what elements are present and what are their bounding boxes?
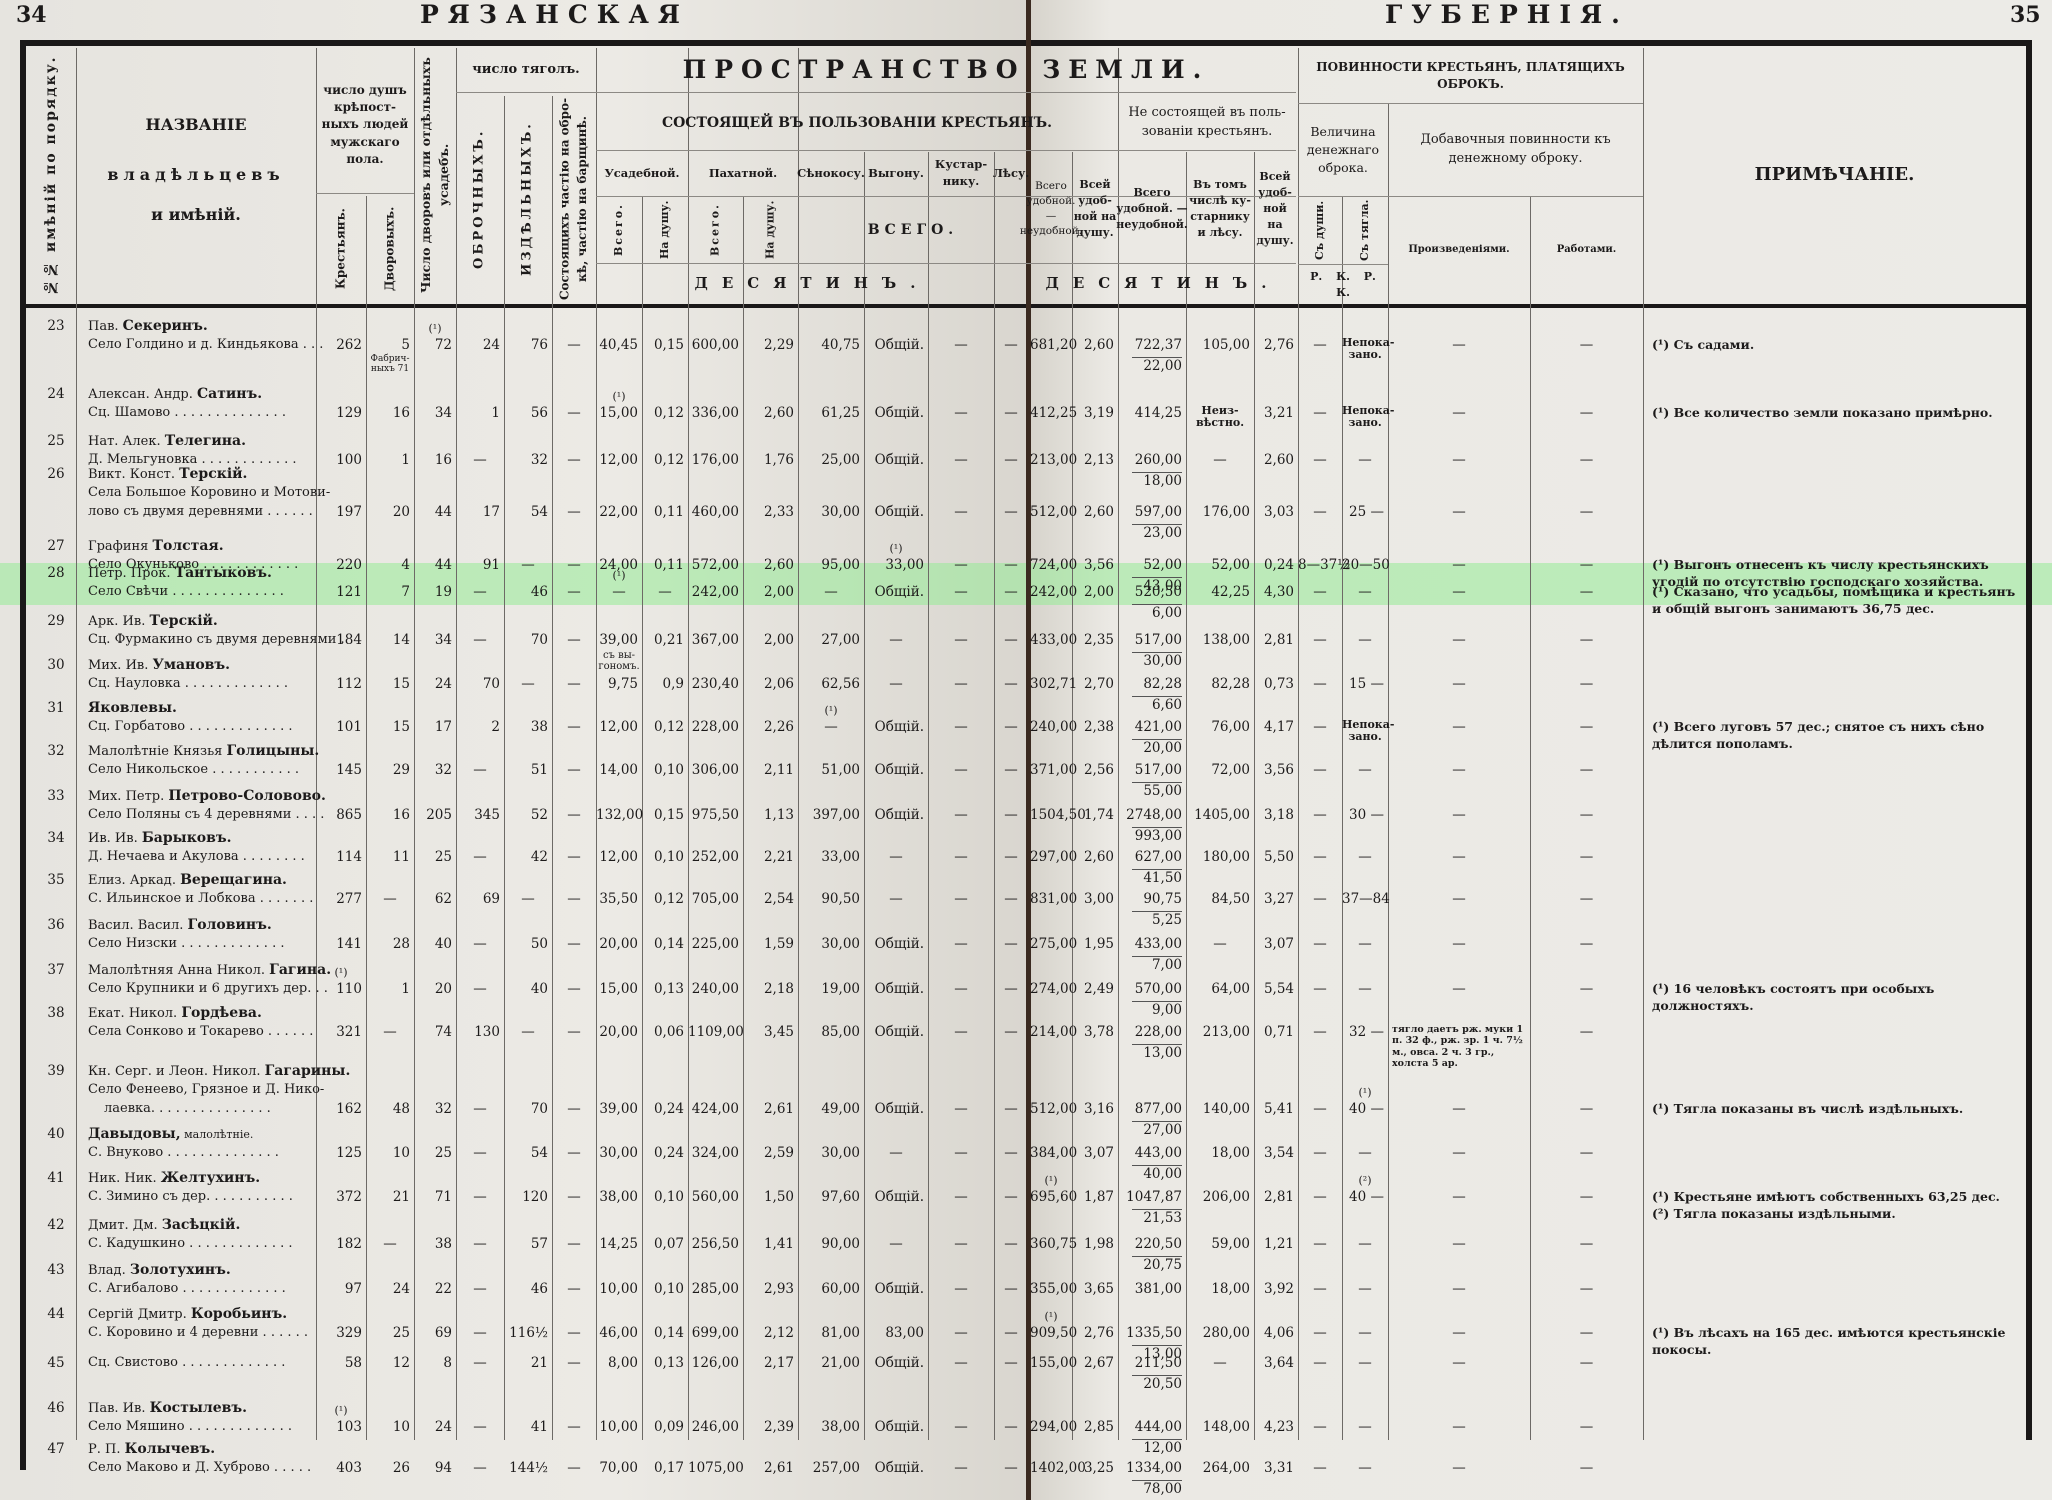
header-land-not-in-use: Не состоящей въ поль-зованіи крестьянъ. xyxy=(1118,96,1296,150)
rule xyxy=(1298,264,1388,265)
cell-work: — xyxy=(1530,1236,1643,1252)
header-per-tyaglo: Съ тягла. xyxy=(1342,198,1388,262)
footnote-marker: (¹) xyxy=(798,705,864,717)
cell-mix: — xyxy=(552,504,596,520)
cell-vyg: Общій. xyxy=(864,807,924,823)
cell-nu_d: 4,30 xyxy=(1254,584,1294,600)
cell-mix: — xyxy=(552,1236,596,1252)
cell-les: — xyxy=(994,452,1028,468)
cell-not-in-use-udob: 90,75 xyxy=(1118,891,1182,907)
cell-les: — xyxy=(994,807,1028,823)
cell-vyg: Общій. xyxy=(864,452,924,468)
cell-izd: 57 xyxy=(504,1236,548,1252)
cell-not-in-use-udob: 722,37 xyxy=(1118,337,1182,353)
owner-name: Нат. Алек. Телегина. xyxy=(88,433,246,449)
cell-prod: — xyxy=(1388,676,1530,692)
cell-tot_d: 3,00 xyxy=(1072,891,1114,907)
header-tyagla-izdel: ИЗДѢЛЬНЫХЪ. xyxy=(504,96,552,302)
cell-not-in-use-udob: 444,00 xyxy=(1118,1419,1182,1435)
cell-pa_v: 126,00 xyxy=(688,1355,739,1371)
header-produce: Произведеніями. xyxy=(1388,198,1530,302)
cell-kus: — xyxy=(928,1325,994,1341)
cell-prod: — xyxy=(1388,1145,1530,1161)
cell-pa_d: 2,11 xyxy=(743,762,794,778)
cell-yards: 71 xyxy=(414,1189,452,1205)
cell-tot: 275,00 xyxy=(1030,936,1068,952)
owner-name: Яковлевы. xyxy=(88,700,177,716)
estate-name: Село Низски . . . . . . . . . . . . . xyxy=(88,936,284,951)
cell-peas: 121 xyxy=(316,584,362,600)
cell-peas: 321 xyxy=(316,1024,362,1040)
owner-name: Ив. Ив. Барыковъ. xyxy=(88,830,232,846)
cell-nu_k: 82,28 xyxy=(1186,676,1250,692)
cell-ot: — xyxy=(1342,1419,1388,1435)
cell-kus: — xyxy=(928,1024,994,1040)
cell-mix: — xyxy=(552,981,596,997)
cell-obr: — xyxy=(456,762,504,778)
owner-name: Давыдовы, малолѣтніе. xyxy=(88,1126,253,1142)
cell-nu_d: 3,21 xyxy=(1254,405,1294,421)
cell-work: — xyxy=(1530,676,1643,692)
cell-sen: 85,00 xyxy=(798,1024,860,1040)
cell-yards: 69 xyxy=(414,1325,452,1341)
estate-name: Села Большое Коровино и Мотови- xyxy=(88,485,330,500)
estate-name: Сц. Фурмакино съ двумя деревнями . xyxy=(88,632,345,647)
estate-name: Село Мяшино . . . . . . . . . . . . . xyxy=(88,1419,292,1434)
cell-dvor: 28 xyxy=(366,936,410,952)
cell-us_v: 40,45 xyxy=(596,337,638,353)
cell-tot: 512,00 xyxy=(1030,504,1068,520)
cell-us_v: 12,00 xyxy=(596,719,638,735)
owner-name: Васил. Васил. Головинъ. xyxy=(88,917,272,933)
cell-kus: — xyxy=(928,405,994,421)
cell-peas: 197 xyxy=(316,504,362,520)
cell-not-in-use-neudob: 30,00 xyxy=(1132,652,1182,669)
cell-od: — xyxy=(1298,849,1342,865)
cell-tot: 360,75 xyxy=(1030,1236,1068,1252)
cell-pa_v: 600,00 xyxy=(688,337,739,353)
cell-ot: 30 — xyxy=(1342,807,1384,823)
header-total-per-soul: Всей удоб-ной на душу. xyxy=(1072,155,1118,263)
cell-not-in-use-udob: 1335,50 xyxy=(1118,1325,1182,1341)
cell-dvor: 7 xyxy=(366,584,410,600)
cell-od: — xyxy=(1298,584,1342,600)
cell-peas: 277 xyxy=(316,891,362,907)
header-remarks: ПРИМѢЧАНІЕ. xyxy=(1643,48,2026,302)
header-pahat-total: Всего. xyxy=(688,198,743,262)
cell-vyg: Общій. xyxy=(864,337,924,353)
cell-ot: Непока-зано. xyxy=(1342,405,1388,429)
cell-ot: — xyxy=(1342,762,1388,778)
cell-us_d: 0,15 xyxy=(642,337,684,353)
cell-nu_k: 180,00 xyxy=(1186,849,1250,865)
estate-name: Д. Нечаева и Акулова . . . . . . . . xyxy=(88,849,305,864)
cell-kus: — xyxy=(928,1101,994,1117)
cell-les: — xyxy=(994,1419,1028,1435)
cell-obr: — xyxy=(456,584,504,600)
cell-sen: 40,75 xyxy=(798,337,860,353)
running-header-right: ГУБЕРНІЯ. xyxy=(1385,0,1629,29)
header-vygon: Выгону. xyxy=(864,152,928,194)
cell-izd: 42 xyxy=(504,849,548,865)
cell-work: — xyxy=(1530,1145,1643,1161)
cell-sen: 49,00 xyxy=(798,1101,860,1117)
cell-peas: 103 xyxy=(316,1419,362,1435)
cell-tot_d: 2,13 xyxy=(1072,452,1114,468)
cell-kus: — xyxy=(928,676,994,692)
cell-vyg: Общій. xyxy=(864,1460,924,1476)
footnote-marker: (¹) xyxy=(316,967,366,979)
cell-izd: 32 xyxy=(504,452,548,468)
cell-prod: — xyxy=(1388,1236,1530,1252)
cell-work: — xyxy=(1530,891,1643,907)
cell-nu_d: 3,18 xyxy=(1254,807,1294,823)
cell-pa_v: 225,00 xyxy=(688,936,739,952)
cell-yards: 34 xyxy=(414,632,452,648)
cell-dvor: 1 xyxy=(366,452,410,468)
cell-work: — xyxy=(1530,452,1643,468)
cell-ot: — xyxy=(1342,1460,1388,1476)
cell-peas: 145 xyxy=(316,762,362,778)
cell-tot: 909,50 xyxy=(1030,1325,1068,1341)
cell-tot: 695,60 xyxy=(1030,1189,1068,1205)
cell-obr: — xyxy=(456,1281,504,1297)
cell-vyg: 33,00 xyxy=(864,557,924,573)
cell-us_v: 35,50 xyxy=(596,891,638,907)
cell-ot: Непока-зано. xyxy=(1342,337,1388,361)
cell-tot: 155,00 xyxy=(1030,1355,1068,1371)
cell-pa_v: 230,40 xyxy=(688,676,739,692)
cell-od: — xyxy=(1298,1189,1342,1205)
cell-work: — xyxy=(1530,1024,1643,1040)
rule xyxy=(1298,103,1643,104)
cell-not-in-use-neudob: 7,00 xyxy=(1132,956,1182,973)
cell-dvor: 25 xyxy=(366,1325,410,1341)
cell-kus: — xyxy=(928,849,994,865)
cell-vyg: — xyxy=(864,1236,928,1252)
cell-od: — xyxy=(1298,632,1342,648)
cell-prod: — xyxy=(1388,1101,1530,1117)
footnote-marker: (¹) xyxy=(864,543,928,555)
cell-vyg: — xyxy=(864,632,928,648)
header-name-1: НАЗВАНІЕ xyxy=(76,110,316,140)
cell-pa_v: 560,00 xyxy=(688,1189,739,1205)
cell-ot: 37—84 xyxy=(1342,891,1384,907)
cell-od: — xyxy=(1298,676,1342,692)
cell-obr: 69 xyxy=(456,891,500,907)
cell-us_v: 10,00 xyxy=(596,1419,638,1435)
cell-nu_d: 0,73 xyxy=(1254,676,1294,692)
row-number: 25 xyxy=(36,433,76,449)
footnote-marker: (¹) xyxy=(316,1405,366,1417)
cell-us_d: 0,24 xyxy=(642,1145,684,1161)
estate-name: С. Агибалово . . . . . . . . . . . . . xyxy=(88,1281,286,1296)
estate-name: С. Кадушкино . . . . . . . . . . . . . xyxy=(88,1236,292,1251)
header-vsego: ВСЕГО. xyxy=(798,198,1028,262)
cell-izd: 41 xyxy=(504,1419,548,1435)
cell-tot_d: 2,35 xyxy=(1072,632,1114,648)
column-rule xyxy=(76,48,77,1440)
cell-nu_d: 3,92 xyxy=(1254,1281,1294,1297)
cell-us_v: 30,00 xyxy=(596,1145,638,1161)
estate-name: Села Сонково и Токарево . . . . . . xyxy=(88,1024,313,1039)
cell-pa_v: 336,00 xyxy=(688,405,739,421)
cell-tot: 294,00 xyxy=(1030,1419,1068,1435)
owner-name: Викт. Конст. Терскій. xyxy=(88,466,247,482)
header-pahat-per-soul: На душу. xyxy=(743,198,798,262)
header-land-in-use: СОСТОЯЩЕЙ ВЪ ПОЛЬЗОВАНІИ КРЕСТЬЯНЪ. xyxy=(596,96,1118,150)
header-households: Число дворовъ или отдѣльныхъ усадебъ. xyxy=(414,48,456,302)
cell-izd: 56 xyxy=(504,405,548,421)
cell-peas: 110 xyxy=(316,981,362,997)
cell-vyg: Общій. xyxy=(864,1281,924,1297)
row-number: 36 xyxy=(36,917,76,933)
cell-work: — xyxy=(1530,632,1643,648)
cell-prod: — xyxy=(1388,1355,1530,1371)
cell-mix: — xyxy=(552,936,596,952)
cell-les: — xyxy=(994,676,1028,692)
cell-ot: — xyxy=(1342,632,1388,648)
cell-nu_k: 18,00 xyxy=(1186,1145,1250,1161)
cell-les: — xyxy=(994,1325,1028,1341)
cell-tot: 384,00 xyxy=(1030,1145,1068,1161)
row-number: 29 xyxy=(36,613,76,629)
cell-yards: 25 xyxy=(414,1145,452,1161)
cell-tot: 274,00 xyxy=(1030,981,1068,997)
cell-vyg: Общій. xyxy=(864,1419,924,1435)
cell-od: — xyxy=(1298,762,1342,778)
cell-usadeb-note: съ вы-гономъ. xyxy=(596,650,642,672)
cell-not-in-use-udob: 877,00 xyxy=(1118,1101,1182,1117)
cell-not-in-use-neudob: 13,00 xyxy=(1132,1044,1182,1061)
header-labor: Работами. xyxy=(1530,198,1643,302)
table-frame-left xyxy=(20,40,26,1470)
cell-ot: 25 — xyxy=(1342,504,1384,520)
cell-us_d: 0,21 xyxy=(642,632,684,648)
cell-prod: — xyxy=(1388,1419,1530,1435)
cell-us_d: 0,10 xyxy=(642,849,684,865)
cell-not-in-use-neudob: 20,00 xyxy=(1132,739,1182,756)
owner-name: Дмит. Дм. Засѣцкій. xyxy=(88,1217,240,1233)
cell-tot_d: 2,76 xyxy=(1072,1325,1114,1341)
estate-name: лаевка. . . . . . . . . . . . . . . xyxy=(104,1101,271,1116)
cell-izd: 52 xyxy=(504,807,548,823)
cell-izd: 46 xyxy=(504,1281,548,1297)
owner-name: Мих. Ив. Умановъ. xyxy=(88,657,230,673)
cell-us_v: 8,00 xyxy=(596,1355,638,1371)
cell-nu_d: 0,71 xyxy=(1254,1024,1294,1040)
row-number: 26 xyxy=(36,466,76,482)
cell-mix: — xyxy=(552,1145,596,1161)
cell-not-in-use-neudob: 27,00 xyxy=(1132,1121,1182,1138)
cell-tot_d: 3,07 xyxy=(1072,1145,1114,1161)
footnote-marker: (¹) xyxy=(1030,1311,1072,1323)
cell-od: — xyxy=(1298,1101,1342,1117)
footnote-marker: (¹) xyxy=(596,391,642,403)
cell-izd: — xyxy=(504,557,552,573)
cell-izd: 46 xyxy=(504,584,548,600)
cell-not-in-use-udob: 414,25 xyxy=(1118,405,1182,421)
rule xyxy=(596,263,1296,264)
cell-od: — xyxy=(1298,719,1342,735)
cell-not-in-use-neudob: 40,00 xyxy=(1132,1165,1182,1182)
cell-pa_d: 1,50 xyxy=(743,1189,794,1205)
header-usadeb-total: Всего. xyxy=(596,198,642,262)
cell-izd: 40 xyxy=(504,981,548,997)
cell-sen: 30,00 xyxy=(798,1145,860,1161)
header-desyatin-left: ДЕСЯТИНЪ. xyxy=(596,266,1028,302)
header-name-3: и имѣній. xyxy=(76,200,316,230)
cell-pa_d: 2,61 xyxy=(743,1460,794,1476)
cell-prod: — xyxy=(1388,981,1530,997)
estate-name: Село Фенеево, Грязное и Д. Нико- xyxy=(88,1082,324,1097)
owner-name: Сергій Дмитр. Коробьинъ. xyxy=(88,1306,287,1322)
cell-vyg: Общій. xyxy=(864,1101,924,1117)
cell-not-in-use-udob: 211,50 xyxy=(1118,1355,1182,1371)
cell-nu_k: — xyxy=(1186,1355,1254,1371)
cell-us_v: 14,25 xyxy=(596,1236,638,1252)
footnote-marker: (²) xyxy=(1342,1175,1388,1187)
cell-les: — xyxy=(994,337,1028,353)
cell-ot: — xyxy=(1342,1325,1388,1341)
cell-us_v: — xyxy=(596,584,642,600)
cell-pa_d: 2,26 xyxy=(743,719,794,735)
estate-name: Село Голдино и д. Киндьякова . . . xyxy=(88,337,323,352)
cell-kus: — xyxy=(928,981,994,997)
cell-dvor: 10 xyxy=(366,1145,410,1161)
cell-dvor: 21 xyxy=(366,1189,410,1205)
cell-mix: — xyxy=(552,1024,596,1040)
cell-obr: 130 xyxy=(456,1024,500,1040)
cell-od: — xyxy=(1298,807,1342,823)
cell-prod: тягло даетъ рж. муки 1 п. 32 ф., рж. зр.… xyxy=(1392,1024,1526,1070)
cell-od: — xyxy=(1298,1460,1342,1476)
cell-nu_d: 2,81 xyxy=(1254,1189,1294,1205)
cell-us_v: 39,00 xyxy=(596,632,638,648)
estate-name: Сц. Науловка . . . . . . . . . . . . . xyxy=(88,676,288,691)
cell-tot_d: 2,60 xyxy=(1072,337,1114,353)
cell-dvor: 24 xyxy=(366,1281,410,1297)
cell-nu_k: 280,00 xyxy=(1186,1325,1250,1341)
cell-nu_d: 0,24 xyxy=(1254,557,1294,573)
cell-nu_d: 3,54 xyxy=(1254,1145,1294,1161)
cell-pa_d: 3,45 xyxy=(743,1024,794,1040)
cell-pa_d: 2,33 xyxy=(743,504,794,520)
cell-us_d: 0,06 xyxy=(642,1024,684,1040)
cell-tot: 355,00 xyxy=(1030,1281,1068,1297)
row-number: 40 xyxy=(36,1126,76,1142)
cell-yards: 32 xyxy=(414,762,452,778)
cell-nu_k: 72,00 xyxy=(1186,762,1250,778)
cell-les: — xyxy=(994,849,1028,865)
cell-not-in-use-udob: 260,00 xyxy=(1118,452,1182,468)
cell-dvor: 15 xyxy=(366,719,410,735)
estate-name: лово съ двумя деревнями . . . . . . xyxy=(88,504,313,519)
cell-obr: — xyxy=(456,936,504,952)
cell-yards: 40 xyxy=(414,936,452,952)
cell-work: — xyxy=(1530,405,1643,421)
cell-dvor: 20 xyxy=(366,504,410,520)
cell-pa_v: 705,00 xyxy=(688,891,739,907)
cell-nu_k: — xyxy=(1186,452,1254,468)
header-souls: число душъ крѣпост-ныхъ людей мужскаго п… xyxy=(316,60,414,190)
estate-name: Село Крупники и 6 другихъ дер. . . xyxy=(88,981,328,996)
cell-pa_d: 2,00 xyxy=(743,584,794,600)
cell-pa_v: 176,00 xyxy=(688,452,739,468)
cell-yards: 20 xyxy=(414,981,452,997)
cell-us_v: 39,00 xyxy=(596,1101,638,1117)
cell-tot: 213,00 xyxy=(1030,452,1068,468)
cell-kus: — xyxy=(928,762,994,778)
cell-not-in-use-neudob: 78,00 xyxy=(1132,1480,1182,1497)
cell-nu_k: 206,00 xyxy=(1186,1189,1250,1205)
estate-name: С. Ильинское и Лобкова . . . . . . . xyxy=(88,891,313,906)
cell-tot_d: 2,67 xyxy=(1072,1355,1114,1371)
cell-nu_d: 2,81 xyxy=(1254,632,1294,648)
cell-yards: 24 xyxy=(414,676,452,692)
cell-peas: 162 xyxy=(316,1101,362,1117)
cell-prod: — xyxy=(1388,936,1530,952)
cell-les: — xyxy=(994,1024,1028,1040)
cell-nu_k: — xyxy=(1186,936,1254,952)
cell-peas: 112 xyxy=(316,676,362,692)
header-souls-household: Дворовыхъ. xyxy=(366,196,414,302)
owner-name: Алексан. Андр. Сатинъ. xyxy=(88,386,262,402)
row-number: 43 xyxy=(36,1262,76,1278)
cell-dvor: 14 xyxy=(366,632,410,648)
cell-not-in-use-neudob: 20,50 xyxy=(1132,1375,1182,1392)
cell-yards: 72 xyxy=(414,337,452,353)
cell-mix: — xyxy=(552,337,596,353)
cell-obr: 91 xyxy=(456,557,500,573)
cell-nu_d: 4,06 xyxy=(1254,1325,1294,1341)
cell-tot_d: 2,49 xyxy=(1072,981,1114,997)
cell-od: — xyxy=(1298,1281,1342,1297)
cell-prod: — xyxy=(1388,1189,1530,1205)
cell-nu_k: Неиз-вѣстно. xyxy=(1186,405,1254,429)
owner-name: Ник. Ник. Желтухинъ. xyxy=(88,1170,260,1186)
cell-pa_v: 460,00 xyxy=(688,504,739,520)
cell-tot_d: 2,60 xyxy=(1072,849,1114,865)
cell-pa_d: 2,54 xyxy=(743,891,794,907)
cell-sen: 30,00 xyxy=(798,936,860,952)
cell-tot_d: 1,87 xyxy=(1072,1189,1114,1205)
remark-note: (¹) Крестьяне имѣютъ собственныхъ 63,25 … xyxy=(1652,1189,2020,1223)
cell-od: — xyxy=(1298,936,1342,952)
cell-us_d: 0,12 xyxy=(642,891,684,907)
cell-us_d: 0,11 xyxy=(642,557,684,573)
cell-work: — xyxy=(1530,762,1643,778)
cell-dvor: 11 xyxy=(366,849,410,865)
cell-nu_k: 59,00 xyxy=(1186,1236,1250,1252)
header-bottom-rule xyxy=(20,304,2030,308)
cell-pa_d: 2,93 xyxy=(743,1281,794,1297)
cell-ot: 40 — xyxy=(1342,1189,1384,1205)
header-land-title: ПРОСТРАНСТВО ЗЕМЛИ. xyxy=(596,48,1296,92)
remark-note: (¹) Все количество земли показано примѣр… xyxy=(1652,405,2020,422)
cell-nu_d: 3,31 xyxy=(1254,1460,1294,1476)
cell-les: — xyxy=(994,1281,1028,1297)
cell-dvor: 10 xyxy=(366,1419,410,1435)
cell-us_d: 0,13 xyxy=(642,981,684,997)
cell-izd: 144½ xyxy=(504,1460,548,1476)
cell-mix: — xyxy=(552,557,596,573)
cell-us_v: 20,00 xyxy=(596,1024,638,1040)
cell-sen: 21,00 xyxy=(798,1355,860,1371)
cell-prod: — xyxy=(1388,719,1530,735)
cell-kus: — xyxy=(928,1189,994,1205)
owner-name: Арк. Ив. Терскій. xyxy=(88,613,218,629)
